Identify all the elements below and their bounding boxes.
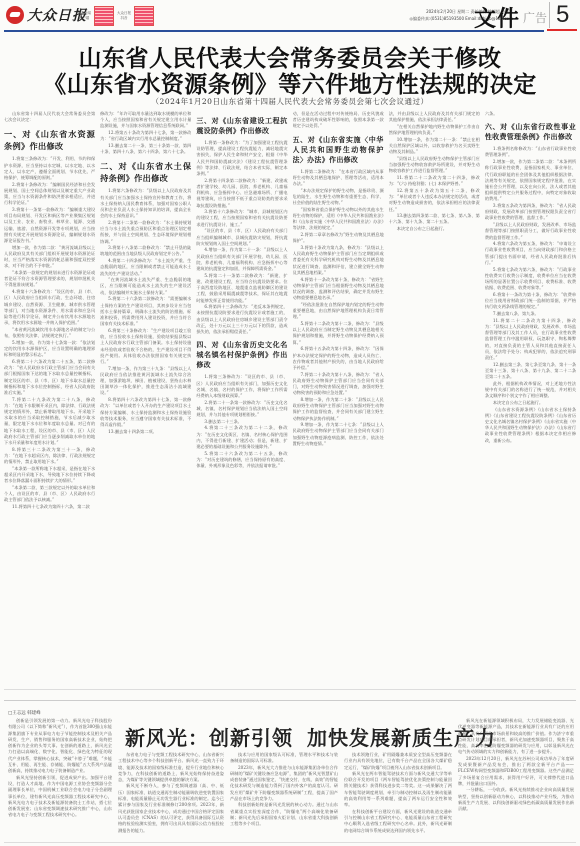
column-5: 法，并由县级以上人民政府及其有关部门规定的其他保护措施，依法承担法律责任。” “… bbox=[389, 111, 480, 685]
paragraph: 1.将条例名称修改为：“山东省行政事业性收费管理条例”。 bbox=[485, 146, 576, 158]
qr-label: 大众日报抖音 bbox=[116, 11, 132, 21]
section-title: 文件 bbox=[474, 2, 520, 33]
feature-column-4: 技术领跑行业，矿用隔爆兼本质安全型高压变频器在行业内具有领先地位，已有数千台产品… bbox=[344, 752, 452, 840]
paragraph: “经依法批准在自然保护地内划定的野生动物重要栖息地，由自然保护地管理机构负责日常… bbox=[293, 302, 384, 321]
paragraph: 5.将第十二条改为第十二条，修改为：“县级以上人民政府应当制定野生动物及其栖息地… bbox=[293, 321, 384, 346]
page-number: 5 bbox=[549, 2, 569, 28]
divider bbox=[4, 700, 576, 701]
paragraph: 此外，根据机构改革情况，对上述地方性法规中有关部门的名称进行了统一规范，并对相关… bbox=[485, 381, 576, 400]
paragraph: 4.将第十六条修改为：“设区的市、县（市、区）人民政府应当组织水行政、生态环境、… bbox=[4, 289, 95, 326]
paragraph: “本条第二款、第三款规定以外的取水单位和个人，由设区的市、县（市、区）人民政府水… bbox=[4, 485, 95, 504]
paragraph: 7.删去第八条、第九条。 bbox=[485, 311, 576, 317]
headline-subhead: （2024年1月20日山东省第十四届人民代表大会常务委员会第七次会议通过） bbox=[0, 96, 580, 107]
ad-label: 广告 bbox=[523, 9, 547, 26]
paragraph: 6.将第四十三条修改为：“违反本条例规定，未按照抗震设防要求进行抗震设计或者施工… bbox=[196, 304, 287, 335]
paragraph: 新风光坚持创新引领，促进成果产出。加强平台建设，打造人才高地。作为中国电源工业协… bbox=[8, 775, 112, 819]
qr-label: 大众新闻客户端 bbox=[76, 11, 92, 21]
paragraph: 技术与应用的国家级认可标准，管理水平和技术与装备制造的国际认可标准。 bbox=[230, 752, 338, 765]
paragraph: 一分耕耘，一分收获。新风光持续推动企业向高质量发展转型，坚持以创新驱动为核心，以… bbox=[458, 787, 574, 812]
paragraph: 1.将第三条修改为：“开发、利用、节约和保护水资源，应当坚持以水定城、以水定地、… bbox=[4, 156, 95, 181]
paragraph: 技术领跑行业，矿用隔爆兼本质安全型高压变频器在行业内具有领先地位，已有数千台产品… bbox=[344, 752, 452, 771]
paragraph: “本省黄河流域饮用水水源地名录的制定与公布，依照有关法律、法规规定执行。” bbox=[4, 327, 95, 339]
paragraph: 13.删去第二十一条、第三十条第一款、第四十条、第四十八条、第六十四条、第六十七… bbox=[100, 143, 191, 155]
qr-code-douyin: 大众日报抖音 bbox=[116, 6, 154, 26]
paragraph: 8.将第四十六条改为第四十七条，第一款修改为：“以单位或者个人开办的生产建设项目… bbox=[100, 397, 191, 428]
paragraph: 13.删去第四条第二款、第七条、第八条、第十六条、第十九条、第二十五条。 bbox=[389, 213, 480, 225]
paragraph: 3.将第十六条修改为：“城市、县城规划区内的建设工程，应当按照国家和省有关抗震设… bbox=[196, 209, 287, 228]
paragraph: “在黄河流域水土流失严重、生态脆弱的地区，应当限制可能造成水土流失的生产建设活动… bbox=[100, 277, 191, 296]
paragraph: “国家和省重点保护野生动物以外的其他水生野生动物的保护，适用《中华人民共和国渔业… bbox=[293, 207, 384, 232]
paragraph: 8.增加一条，作为第二十条：“县级以上人民政府野生动物保护主管部门应当加强对野生… bbox=[293, 397, 384, 422]
paragraph: 5.增加一款，作为第十七条第一款：“依法划定的饮用水水源保护区，应当设置明确的地… bbox=[4, 340, 95, 359]
paragraph: 12.将第五十条改为第四十七条，第一款修改为：“省行政区域内实行用水总量控制制度… bbox=[100, 130, 191, 142]
column-1: 山东省第十四届人民代表大会常务委员会第七次会议决定： 一、对《山东省水资源条例》… bbox=[4, 111, 95, 685]
paragraph: 6.将第十一条改为第十条，修改为：“收费单位应当使用省财政部门统一监制的票据，并… bbox=[485, 292, 576, 311]
column-2: 修改为：“年许可取用水量达到取水规模的单位和个人，应当按照国家和省有关规定建立用… bbox=[100, 111, 191, 685]
paragraph: 4.将第十一条改为第十条，修改为：“省野生动物保护主管部门应当根据野生动物及其栖… bbox=[293, 277, 384, 302]
divider bbox=[4, 689, 576, 690]
paragraph: 创新是引领发展的第一动力。新风光电子科技股份有限公司（以下简称“新风光”），作为… bbox=[8, 718, 112, 775]
paragraph: 2023年，新风光大力推进与山东能源集团各单位合作研制的“煤矿关键设备应急电源”… bbox=[230, 765, 338, 803]
paragraph: 7.将第二十条改为第十八条，修改为：“省人民政府野生动物保护主管部门应当会同有关… bbox=[293, 372, 384, 397]
paragraph: 13.删去第十四条第二项。 bbox=[100, 429, 191, 435]
paragraph: 山东省第十四届人民代表大会常务委员会第七次会议决定： bbox=[4, 111, 95, 123]
paragraph: 1.将第二条修改为：“在本省行政区域内从事野生动物及其栖息地保护、管理等活动，适… bbox=[293, 169, 384, 188]
section-heading-5: 五、对《山东省实施〈中华人民共和国野生动物保护法〉办法》作出修改 bbox=[293, 135, 384, 165]
paragraph: “县级以上人民政府野生动物保护主管部门应当加强野生动物收容救护场所建设，并对野生… bbox=[389, 156, 480, 175]
paragraph: 本决定自公布之日起施行。 bbox=[389, 226, 480, 232]
paragraph: 6.将第二十六条改为第二十五条，第二款修改为：“省人民政府水行政主管部门应当会同… bbox=[4, 359, 95, 396]
paragraph: 4.增加一条，作为第二十一条：“县级以上人民政府应当组织有关部门开展学校、幼儿园… bbox=[196, 247, 287, 272]
paragraph: 3.将第十一条第一款修改为：“编制重大建设项目布局规划、开发区和新区等产业聚集区… bbox=[4, 207, 95, 244]
paragraph: 6.将第三十条修改为：“生产建设项目竣工验收，应当验收水土保持设施，验收结果报县… bbox=[100, 328, 191, 365]
section-heading-3: 三、对《山东省建设工程抗震设防条例》作出修改 bbox=[196, 116, 287, 136]
paragraph: 2.将第二十一条第一款修改为：“历史文化名城、名镇、名村保护规划应当依法纳入国土… bbox=[196, 400, 287, 419]
paragraph: 12.删去第三条、第七条至第九条、第十一条至第十三条、第十八条、第十九条、第二十… bbox=[485, 362, 576, 381]
masthead-rule bbox=[4, 30, 544, 32]
paragraph: 2023年12月20日，新风光在苏州公司成功举办了年度研发成果暨新产品发布会，推… bbox=[458, 756, 574, 787]
section-heading-2: 二、对《山东省水土保持条例》作出修改 bbox=[100, 160, 191, 184]
paragraph: 2.将第十四条第二款修改为：“新建、改建或者扩建学校、幼儿园、医院、养老机构、儿… bbox=[196, 178, 287, 209]
divider bbox=[4, 842, 576, 843]
paragraph: “本办法规定保护的野生动物，是指珍贵、濒危的陆生、水生野生动物和有重要生态、科学… bbox=[293, 188, 384, 207]
section-heading-1: 一、对《山东省水资源条例》作出修改 bbox=[4, 128, 95, 152]
paragraph: 六条。 bbox=[485, 111, 576, 117]
paragraph: “本条第一款所称地下水超采，是指在地下水超采区内开采地下水，导致地下水位持续下降… bbox=[4, 466, 95, 485]
paragraph: 4.将第二十四条修改为：“水土流失严重、生态脆弱的地区，应当限制或者禁止可能造成… bbox=[100, 258, 191, 277]
masthead: 大众日报 大众新闻客户端 大众日报抖音 2024年2月20日 星期二 责任编辑 … bbox=[0, 0, 580, 30]
paragraph: 5.将第七条改为第六条，修改为：“行政事业性收费实行收费公示制度，收费单位应当在… bbox=[485, 267, 576, 292]
paragraph: 动，但是在活动过程中对传统格局、历史风貌或者历史建筑构成破坏性影响的，依照本条第… bbox=[293, 111, 384, 130]
paragraph: 新风光在新能源领域积极布局，大力发展储能变流器、光伏逆变器等新能源产品，其技术在… bbox=[458, 718, 574, 756]
paragraph: 3.将第十条改为第九条，修改为：“县级以上人民政府野生动物保护主管部门应当定期组… bbox=[293, 245, 384, 276]
paragraph: 新风光在两车智能驾驶技术方面与新风交通大学等单位联合开发的项目《两车智能驾驶优化… bbox=[344, 771, 452, 809]
paragraph: 修改为：“年许可取用水量达到取水规模的单位和个人，应当按照国家和省有关规定建立用… bbox=[100, 111, 191, 130]
paragraph: 3.将第五条改为第四条，修改为：“省人民政府财政、发展改革部门按照管理权限负责全… bbox=[485, 203, 576, 222]
column-4: 动，但是在活动过程中对传统格局、历史风貌或者历史建筑构成破坏性影响的，依照本条第… bbox=[293, 111, 384, 685]
paragraph: 科技创新始终是新风光发展的核心动力。通过与山东省属重点实验室深度合作，“防爆电”… bbox=[230, 802, 338, 827]
feature-column-2: 东省电力电子与变频工程技术研究中心，山东省新兴工程技术中心等多个科技创新平台。新… bbox=[118, 752, 224, 840]
section-heading-4: 四、对《山东省历史文化名城名镇名村保护条例》作出修改 bbox=[196, 340, 287, 370]
headline-line2: 《山东省水资源条例》等六件地方性法规的决定 bbox=[0, 66, 580, 99]
paragraph: 2.将第十条修改为：“编制国民经济和社会发展规划、国土空间总体规划以及制定重大产… bbox=[4, 182, 95, 207]
paragraph: 9.增加一条，作为第二十七条：“县级以上人民政府野生动物保护主管部门应当会同有关… bbox=[293, 422, 384, 447]
paragraph: 7.增加一条，作为第三十九条：“县级以上人民政府应当依法推进黄河流域水土流失综合… bbox=[100, 366, 191, 397]
paragraph: 1.将第一条修改为：“为了加强建设工程抗震设防管理，提高建设工程抗震能力，减轻地… bbox=[196, 140, 287, 177]
paragraph: 1.将第六条修改为：“县级以上人民政府及其有关部门应当加强水土保持宣传和教育工作… bbox=[100, 188, 191, 219]
paragraph: 5.将第二十六条第二款修改为：“需要编制水土保持方案的生产建设项目，其初步设计应… bbox=[100, 296, 191, 327]
logo-emblem-icon bbox=[6, 6, 24, 24]
qr-code-app: 大众新闻客户端 bbox=[76, 6, 114, 26]
decision-article: 山东省第十四届人民代表大会常务委员会第七次会议决定： 一、对《山东省水资源条例》… bbox=[4, 111, 576, 685]
paragraph: 6.将第十五条改为第十四条，修改为：“因保护本办法规定保护的野生动物，造成人员伤… bbox=[293, 346, 384, 371]
feature-column-3: 技术与应用的国家级认可标准，管理水平和技术与装备制造的国际认可标准。 2023年… bbox=[230, 752, 338, 840]
paragraph: 5.将第二十六条改为第二十五条，修改为：“对历史建筑的修缮，应当保持原有的高度、… bbox=[196, 451, 287, 470]
qr-code-icon bbox=[134, 6, 154, 26]
paragraph: “县级以上人民政府财政、发展改革、市场监督管理等部门按照职责分工，做好行政事业性… bbox=[485, 222, 576, 241]
paragraph: “在相关自然保护地内野生动物保护工作由自然保护地管理机构负责。” bbox=[389, 124, 480, 136]
newspaper-logo[interactable]: 大众日报 bbox=[6, 5, 87, 25]
feature-headline: 新风光：创新引领加快发展新质生产力 bbox=[125, 722, 496, 751]
paragraph: 11.将第四十七条改为第四十六条，第二款 bbox=[4, 504, 95, 510]
paragraph: 11.将第二十二条改为第二十四条，修改为：“(六) 持枪狩猎；(七) 本保护野兽… bbox=[389, 175, 480, 187]
paragraph: 2.将第二章章名修改为“野生动物及其栖息地保护”。 bbox=[293, 232, 384, 244]
paragraph: 10.增加一条，作为第二十一条：“禁止在相关自然保护区域以外，以收容救护为名买卖… bbox=[389, 137, 480, 156]
paragraph: “设区的市、县（市、区）人民政府有关部门应当组织编制城市、县城抗震防灾规划，将抗… bbox=[196, 228, 287, 247]
feature-column-5: 新风光在新能源领域积极布局，大力发展储能变流器、光伏逆变器等新能源产品，其技术在… bbox=[458, 718, 574, 840]
paragraph: 12.将第五十条改为第五十二条，修改为：“单位或者个人违反本办法规定的活动，或者… bbox=[389, 188, 480, 213]
paragraph: 法，并由县级以上人民政府及其有关部门规定的其他保护措施，依法承担法律责任。” bbox=[389, 111, 480, 123]
feature-headline-part1: 新风光：创新引领 bbox=[125, 726, 293, 750]
paragraph: 东省电力电子与变频工程技术研究中心，山东省新兴工程技术中心等多个科技创新平台。新… bbox=[118, 752, 224, 783]
section-heading-6: 六、对《山东省行政性事业性收费管理条例》作出修改 bbox=[485, 122, 576, 142]
paragraph: “本条第一款规定的规划未进行水资源论证或者论证不符合水资源管理要求的，规划审批机… bbox=[4, 270, 95, 289]
paragraph: 3.删去第二十三条。 bbox=[196, 419, 287, 425]
column-3: 三、对《山东省建设工程抗震设防条例》作出修改 1.将第一条修改为：“为了加强建设… bbox=[196, 111, 287, 685]
paragraph: 2.将第十二条第一款修改为：“水土保持规划应当与水土流失重点预防区和重点治理区划… bbox=[100, 220, 191, 245]
feature-column-1: 创新是引领发展的第一动力。新风光电子科技股份有限公司（以下简称“新风光”），作为… bbox=[8, 718, 112, 840]
paragraph: 8.将第三十二条改为第三十一条，修改为：“在地下水超采区内，除法律、行政法规规定… bbox=[4, 447, 95, 466]
paragraph: 5.将第二十一条第二款修改为：“新建、扩建、改建建设工程，应当符合抗震设防要求。… bbox=[196, 273, 287, 304]
feature-byline: □王志远 韩建峰 bbox=[8, 710, 41, 716]
paragraph: 新风光不断夺人，参与了变频调速器（高、中、低压）国家标准、轨道交通再生制动能量吸… bbox=[118, 783, 224, 833]
paragraph: 2.增加一款，作为第二条第二款：“本条例所称行政事业性收费，是指国家机关、事业单… bbox=[485, 159, 576, 202]
page-marker-rule bbox=[547, 29, 577, 31]
paragraph: 《山东省水资源条例》《山东省水土保持条例》《山东省建设工程抗震设防条例》《山东省… bbox=[485, 407, 576, 444]
paragraph: 4.将第六条改为第五条，修改为：“申请设立行政事业性收费项目，应当向财政部门和价… bbox=[485, 241, 576, 266]
paragraph: 1.将第三条修改为：“设区的市、县（市、区）人民政府应当组织有关部门，加强历史文… bbox=[196, 374, 287, 399]
paragraph: 增加一款，作为第二款：“黄河流域县级以上人民政府及其有关部门组织开展规划水资源论… bbox=[4, 245, 95, 270]
paragraph: 4.将第二十三条改为第二十二条，修改为：“在历史文化街区、名镇、名村核心保护范围… bbox=[196, 425, 287, 450]
paragraph: 7.将第二十九条改为第二十八条，修改为：“在地下水限制开采区内，除法律、行政法规… bbox=[4, 397, 95, 447]
paragraph: 在科技创新平台建设方面，新风光建设的轨道交通牵引与控制山东省工程研究中心、电能质… bbox=[344, 809, 452, 834]
paragraph: 11.将第二十二条改为第十四条，修改为：“县级以上人民政府财政、发展改革、市场监… bbox=[485, 318, 576, 361]
paragraph: 本决定自公布之日起施行。 bbox=[485, 400, 576, 406]
qr-code-icon bbox=[94, 6, 114, 26]
column-6: 六条。 六、对《山东省行政性事业性收费管理条例》作出修改 1.将条例名称修改为：… bbox=[485, 111, 576, 685]
paragraph: 3.将第十八条第二款修改为：“禁止开垦的陡坡地的范围由当地县级人民政府划定并公告… bbox=[100, 245, 191, 257]
